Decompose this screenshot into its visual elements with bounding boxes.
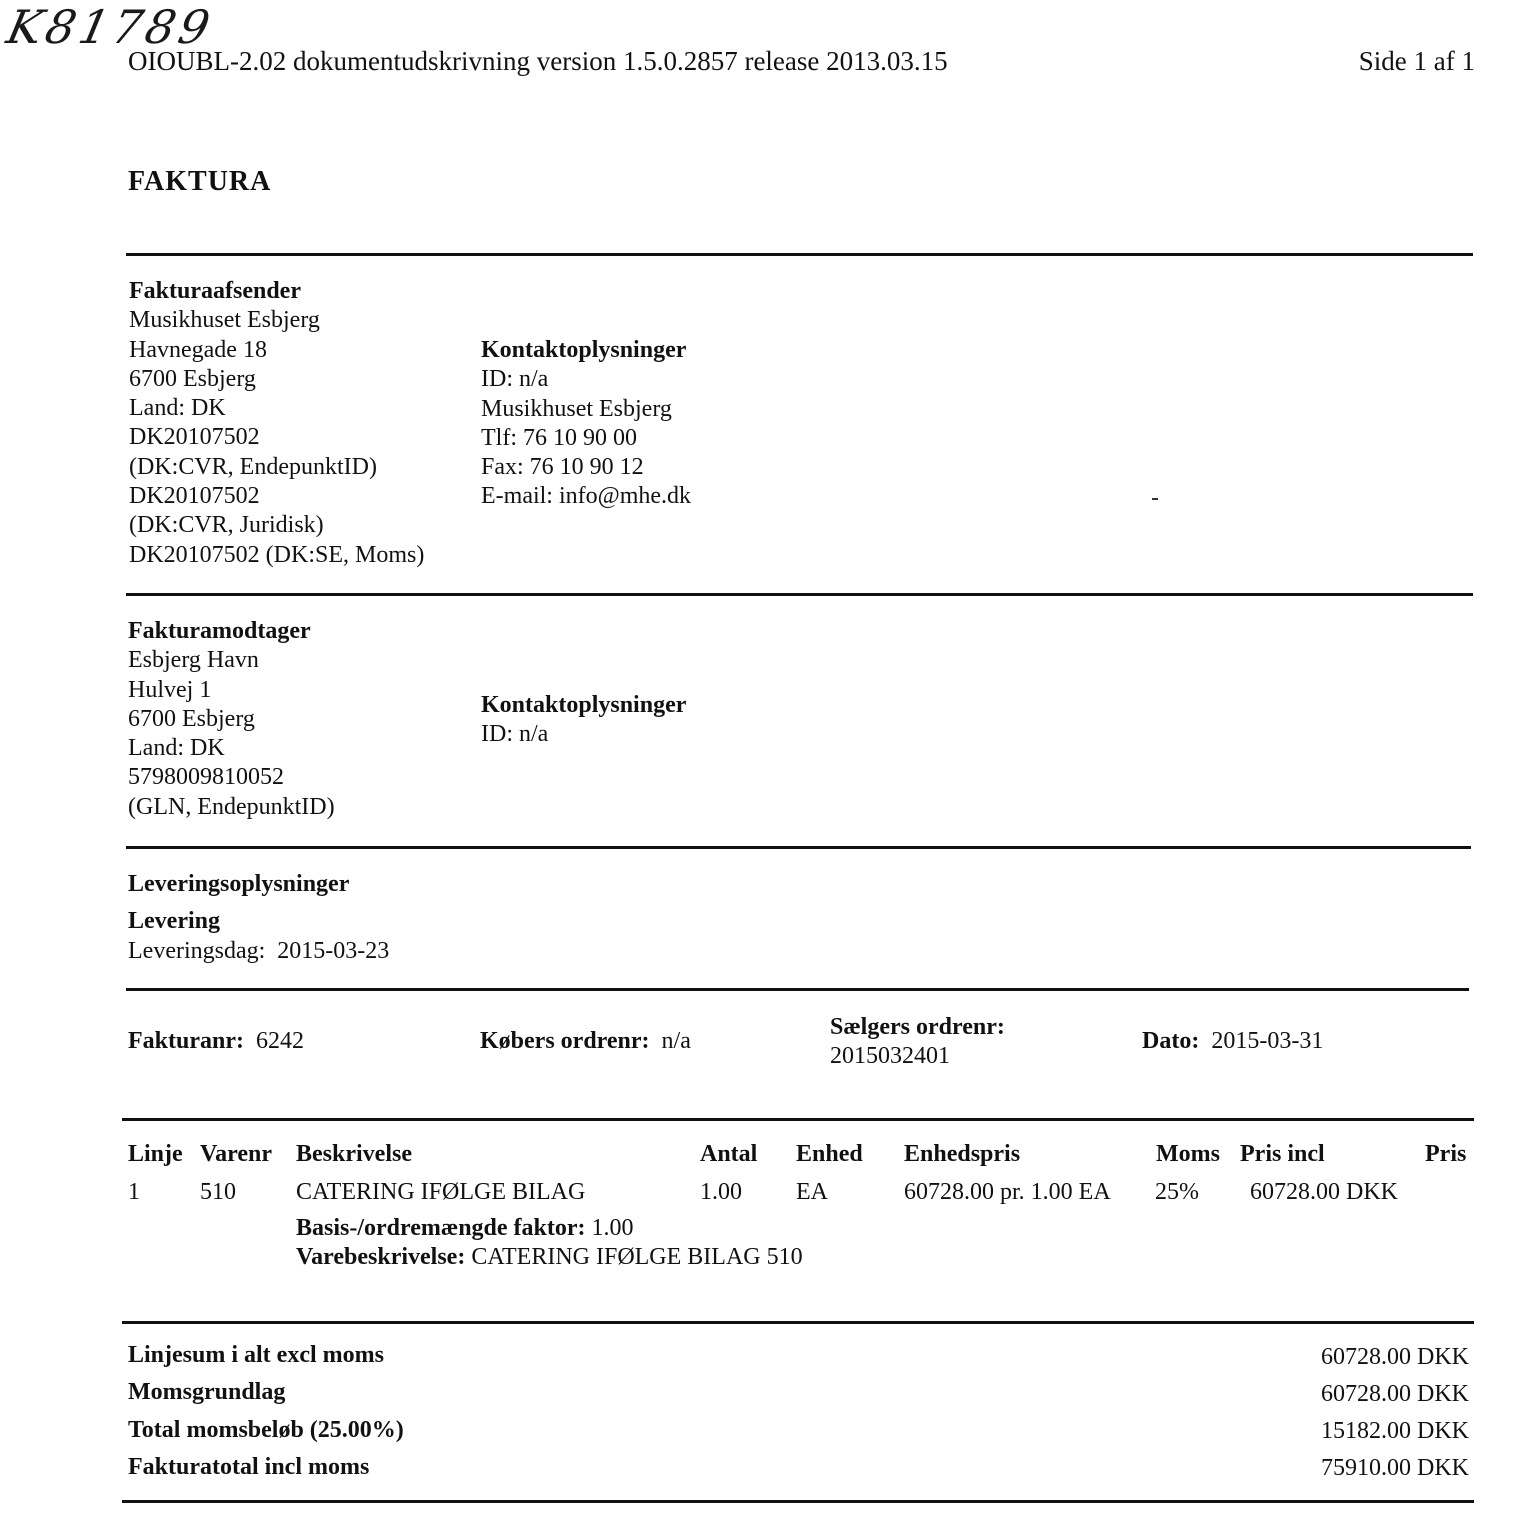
sender-contact-heading: Kontaktoplysninger (481, 336, 691, 365)
col-varenr: Varenr (200, 1141, 272, 1168)
sender-heading: Fakturaafsender (129, 277, 424, 306)
cell-enhed: EA (796, 1179, 828, 1206)
buyer-order-value: n/a (662, 1028, 691, 1054)
detail-label: Varebeskrivelse: (296, 1244, 465, 1270)
sender-contact-line: Fax: 76 10 90 12 (481, 453, 691, 482)
total-value: 15182.00 DKK (1321, 1418, 1469, 1445)
divider (126, 988, 1469, 991)
receiver-line: 5798009810052 (128, 763, 335, 792)
receiver-contact-heading: Kontaktoplysninger (481, 691, 686, 720)
receiver-block: Fakturamodtager Esbjerg Havn Hulvej 1 67… (128, 617, 335, 822)
total-value: 75910.00 DKK (1321, 1455, 1469, 1482)
invoice-date: Dato: 2015-03-31 (1142, 1028, 1323, 1055)
divider (122, 1500, 1474, 1503)
receiver-heading: Fakturamodtager (128, 617, 335, 646)
divider (126, 253, 1473, 256)
sender-contact-block: Kontaktoplysninger ID: n/a Musikhuset Es… (481, 336, 691, 512)
col-moms: Moms (1156, 1141, 1220, 1168)
cell-enhedspris: 60728.00 pr. 1.00 EA (904, 1179, 1111, 1206)
total-label: Total momsbeløb (25.00%) (128, 1417, 404, 1444)
sender-line: Musikhuset Esbjerg (129, 306, 424, 335)
sender-line: DK20107502 (DK:SE, Moms) (129, 541, 424, 570)
invoice-number-value: 6242 (256, 1028, 304, 1054)
line-detail-factor: Basis-/ordremængde faktor: 1.00 (296, 1215, 634, 1242)
sender-line: DK20107502 (129, 482, 424, 511)
buyer-order-label: Købers ordrenr: (480, 1028, 650, 1054)
sender-line: 6700 Esbjerg (129, 365, 424, 394)
total-value: 60728.00 DKK (1321, 1344, 1469, 1371)
invoice-number-label: Fakturanr: (128, 1028, 244, 1054)
total-label: Linjesum i alt excl moms (128, 1342, 384, 1369)
delivery-block: Leveringsoplysninger Levering Leveringsd… (128, 870, 389, 966)
detail-value: 1.00 (586, 1215, 634, 1241)
seller-order-number: Sælgers ordrenr:2015032401 (830, 1013, 1005, 1071)
generator-info: OIOUBL-2.02 dokumentudskrivning version … (128, 46, 948, 77)
divider (122, 1118, 1474, 1121)
cell-moms: 25% (1155, 1179, 1199, 1206)
receiver-line: Hulvej 1 (128, 676, 335, 705)
delivery-date: Leveringsdag: 2015-03-23 (128, 937, 389, 966)
sender-line: DK20107502 (129, 423, 424, 452)
total-label: Fakturatotal incl moms (128, 1454, 369, 1481)
receiver-contact-line: ID: n/a (481, 720, 686, 749)
col-pris: Pris (1425, 1141, 1466, 1168)
divider (126, 846, 1471, 849)
sender-contact-line: ID: n/a (481, 365, 691, 394)
col-beskrivelse: Beskrivelse (296, 1141, 412, 1168)
col-antal: Antal (700, 1141, 757, 1168)
sender-line: Land: DK (129, 394, 424, 423)
buyer-order-number: Købers ordrenr: n/a (480, 1028, 691, 1055)
seller-order-label: Sælgers ordrenr: (830, 1013, 1005, 1042)
receiver-line: (GLN, EndepunktID) (128, 793, 335, 822)
total-label: Momsgrundlag (128, 1379, 285, 1406)
sender-contact-line: Tlf: 76 10 90 00 (481, 424, 691, 453)
document-title: FAKTURA (128, 166, 271, 198)
cell-antal: 1.00 (700, 1179, 742, 1206)
receiver-line: Esbjerg Havn (128, 646, 335, 675)
receiver-line: 6700 Esbjerg (128, 705, 335, 734)
page-indicator: Side 1 af 1 (1359, 46, 1475, 77)
total-value: 60728.00 DKK (1321, 1381, 1469, 1408)
detail-label: Basis-/ordremængde faktor: (296, 1215, 586, 1241)
invoice-date-value: 2015-03-31 (1211, 1028, 1323, 1054)
cell-varenr: 510 (200, 1179, 236, 1206)
seller-order-value: 2015032401 (830, 1042, 1005, 1071)
cell-beskrivelse: CATERING IFØLGE BILAG (296, 1179, 585, 1206)
sender-line: Havnegade 18 (129, 336, 424, 365)
delivery-subheading: Levering (128, 907, 389, 936)
sender-line: (DK:CVR, Juridisk) (129, 511, 424, 540)
delivery-date-value: 2015-03-23 (277, 938, 389, 964)
col-linje: Linje (128, 1141, 183, 1168)
divider (122, 1321, 1474, 1324)
detail-value: CATERING IFØLGE BILAG 510 (465, 1244, 802, 1270)
sender-contact-line: Musikhuset Esbjerg (481, 395, 691, 424)
receiver-contact-block: Kontaktoplysninger ID: n/a (481, 691, 686, 750)
invoice-number: Fakturanr: 6242 (128, 1028, 304, 1055)
delivery-date-label: Leveringsdag: (128, 938, 265, 964)
delivery-heading: Leveringsoplysninger (128, 870, 389, 899)
cell-linje: 1 (128, 1179, 140, 1206)
col-enhed: Enhed (796, 1141, 863, 1168)
sender-line: (DK:CVR, EndepunktID) (129, 453, 424, 482)
cell-pris-incl: 60728.00 DKK (1250, 1179, 1398, 1206)
receiver-line: Land: DK (128, 734, 335, 763)
col-enhedspris: Enhedspris (904, 1141, 1020, 1168)
col-pris-incl: Pris incl (1240, 1141, 1325, 1168)
scan-speck (1152, 498, 1158, 500)
sender-contact-line: E-mail: info@mhe.dk (481, 482, 691, 511)
invoice-date-label: Dato: (1142, 1028, 1199, 1054)
divider (126, 593, 1473, 596)
line-detail-description: Varebeskrivelse: CATERING IFØLGE BILAG 5… (296, 1244, 803, 1271)
sender-block: Fakturaafsender Musikhuset Esbjerg Havne… (129, 277, 424, 570)
